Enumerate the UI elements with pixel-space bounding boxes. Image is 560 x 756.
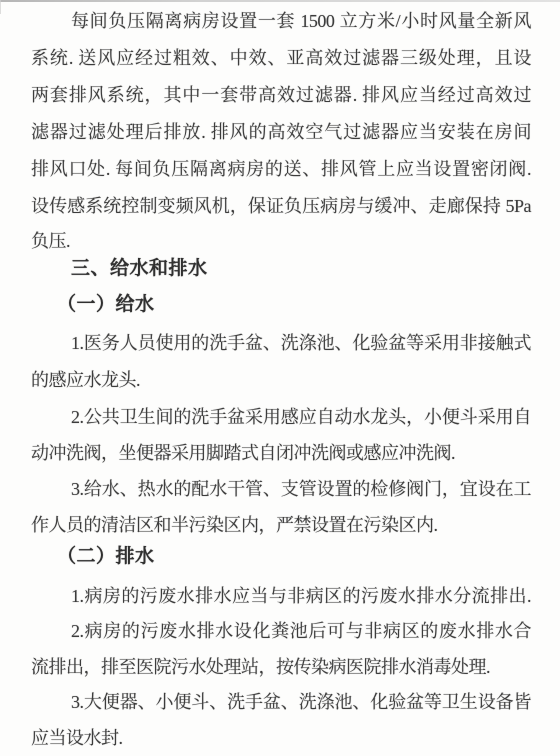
text-line: 3.给水、热水的配水干管、支管设置的检修阀门，宜设在工 xyxy=(71,476,531,502)
text-line: 每间负压隔离病房设置一套 1500 立方米/小时风量全新风 xyxy=(71,8,531,34)
text-line: 1.病房的污废水排水应当与非病区的污废水排水分流排出. xyxy=(71,583,531,609)
text-line: 作人员的清洁区和半污染区内，严禁设置在污染区内. xyxy=(31,512,438,538)
text-line: 设传感系统控制变频风机，保证负压病房与缓冲、走廊保持 5Pa xyxy=(31,193,531,219)
text-line: 负压. xyxy=(31,228,70,254)
scan-artifact-top-edge xyxy=(0,0,560,2)
text-line: 两套排风系统，其中一套带高效过滤器. 排风应当经过高效过 xyxy=(31,82,531,108)
text-line: 3.大便器、小便斗、洗手盆、洗涤池、化验盆等卫生设备皆 xyxy=(71,689,531,715)
text-line: 动冲洗阀，坐便器采用脚踏式自闭冲洗阀或感应冲洗阀. xyxy=(31,440,455,466)
text-line: 系统. 送风应经过粗效、中效、亚高效过滤器三级处理，且设 xyxy=(31,45,531,71)
text-line: 流排出，排至医院污水处理站，按传染病医院排水消毒处理. xyxy=(31,654,490,680)
text-line: 2.病房的污废水排水设化粪池后可与非病区的废水排水合 xyxy=(71,618,531,644)
text-line: 排风口处. 每间负压隔离病房的送、排风管上应当设置密闭阀. xyxy=(31,156,531,182)
text-line: 的感应水龙头. xyxy=(31,367,140,393)
text-line: 滤器过滤处理后排放. 排风的高效空气过滤器应当安装在房间 xyxy=(31,119,531,145)
subsection-heading: （二）排水 xyxy=(57,544,155,570)
text-line: 2.公共卫生间的洗手盆采用感应自动水龙头，小便斗采用自 xyxy=(71,404,531,430)
text-line: 1.医务人员使用的洗手盆、洗涤池、化验盆等采用非接触式 xyxy=(71,330,531,356)
subsection-heading: （一）给水 xyxy=(57,292,155,318)
section-heading: 三、给水和排水 xyxy=(71,256,208,282)
scan-artifact-left-edge xyxy=(0,0,1,14)
text-line: 应当设水封. xyxy=(31,725,123,751)
document-page: 每间负压隔离病房设置一套 1500 立方米/小时风量全新风系统. 送风应经过粗效… xyxy=(0,0,560,756)
